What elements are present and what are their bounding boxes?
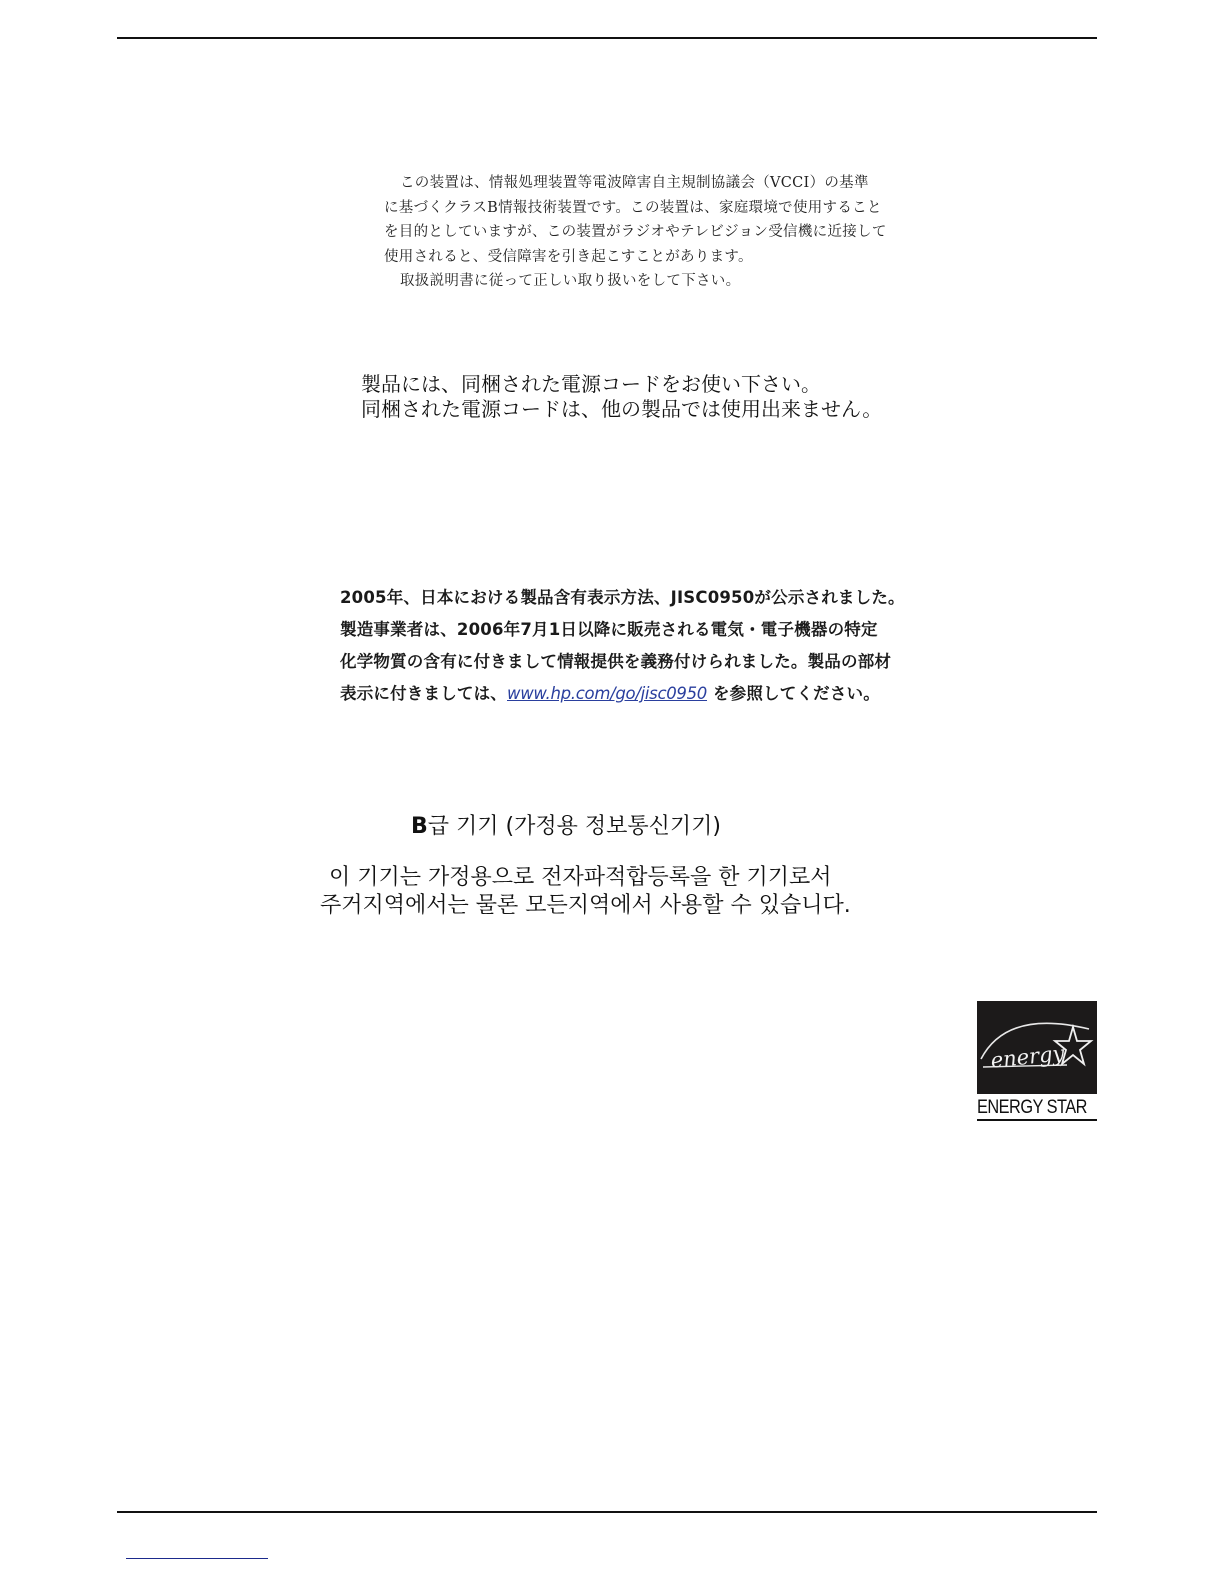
- footer-rule: [117, 1511, 1097, 1513]
- energy-star-label: ENERGY STAR: [977, 1097, 1080, 1119]
- svg-text:energy: energy: [990, 1041, 1067, 1073]
- power-cord-line-1: 製品には、同梱された電源コードをお使い下さい。: [361, 372, 961, 397]
- korea-notice-body: 이 기기는 가정용으로 전자파적합등록을 한 기기로서 주거지역에서는 물론 모…: [310, 864, 990, 920]
- jis-line-4-prefix: 表示に付きましては、: [340, 684, 507, 703]
- vcci-line-5: 取扱説明書に従って正しい取り扱いをして下さい。: [384, 269, 904, 294]
- korea-title-rest: 급 기기 (가정용 정보통신기기): [428, 814, 721, 839]
- power-cord-notice: 製品には、同梱された電源コードをお使い下さい。 同梱された電源コードは、他の製品…: [361, 372, 961, 422]
- power-cord-line-2: 同梱された電源コードは、他の製品では使用出来ません。: [361, 397, 961, 422]
- energy-star-emblem-icon: energy: [977, 1001, 1097, 1094]
- vcci-line-3: を目的としていますが、この装置がラジオやテレビジョン受信機に近接して: [384, 220, 904, 245]
- vcci-notice: この装置は、情報処理装置等電波障害自主規制協議会（VCCI）の基準 に基づくクラ…: [384, 171, 904, 294]
- korea-line-2: 주거지역에서는 물론 모든지역에서 사용할 수 있습니다.: [310, 892, 990, 920]
- footer-link[interactable]: [126, 1557, 268, 1559]
- jisc0950-link[interactable]: www.hp.com/go/jisc0950: [507, 684, 707, 703]
- jis-line-4: 表示に付きましては、www.hp.com/go/jisc0950 を参照してくだ…: [340, 678, 960, 710]
- vcci-line-4: 使用されると、受信障害を引き起こすことがあります。: [384, 245, 904, 270]
- jis-c0950-notice: 2005年、日本における製品含有表示方法、JISC0950が公示されました。 製…: [340, 582, 960, 710]
- korea-title-class: B: [411, 814, 428, 839]
- vcci-line-2: に基づくクラスB情報技術装置です。この装置は、家庭環境で使用すること: [384, 196, 904, 221]
- jis-line-1: 2005年、日本における製品含有表示方法、JISC0950が公示されました。: [340, 582, 960, 614]
- korea-class-b-notice: B급 기기 (가정용 정보통신기기) 이 기기는 가정용으로 전자파적합등록을 …: [310, 812, 990, 920]
- vcci-line-1: この装置は、情報処理装置等電波障害自主規制協議会（VCCI）の基準: [384, 171, 904, 196]
- energy-star-icon: energy: [977, 1001, 1097, 1094]
- header-rule: [117, 37, 1097, 39]
- jis-line-2: 製造事業者は、2006年7月1日以降に販売される電気・電子機器の特定: [340, 614, 960, 646]
- korea-notice-title: B급 기기 (가정용 정보통신기기): [310, 812, 990, 842]
- energy-star-logo: energy ENERGY STAR: [977, 1001, 1097, 1121]
- jis-line-4-suffix: を参照してください。: [707, 684, 880, 703]
- energy-star-underline: [977, 1119, 1097, 1121]
- korea-line-1: 이 기기는 가정용으로 전자파적합등록을 한 기기로서: [310, 864, 990, 892]
- jis-line-3: 化学物質の含有に付きまして情報提供を義務付けられました。製品の部材: [340, 646, 960, 678]
